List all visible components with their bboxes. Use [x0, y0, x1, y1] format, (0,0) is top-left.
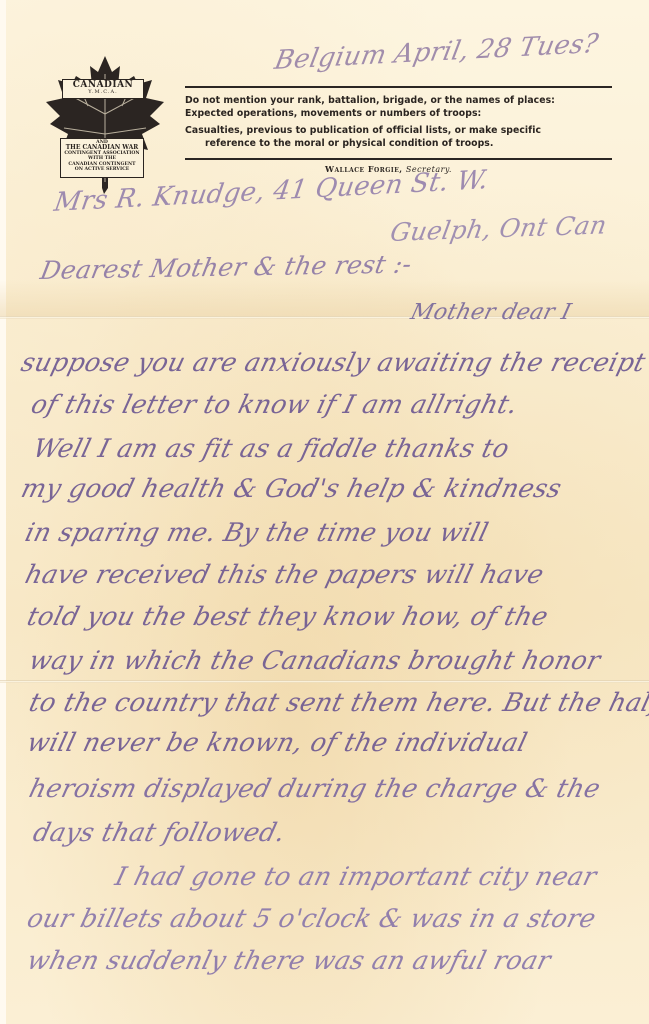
notice-line: reference to the moral or physical condi… [185, 137, 615, 150]
notice-line: Expected operations, movements or number… [185, 107, 615, 120]
body-line: my good health & God's help & kindness [18, 474, 565, 504]
censorship-notice: Do not mention your rank, battalion, bri… [185, 94, 615, 150]
emblem-subtitle: Y.M.C.A. [63, 90, 143, 95]
body-line: when suddenly there was an awful roar [24, 946, 554, 976]
body-line: in sparing me. By the time you will [22, 518, 491, 548]
header-rule-bottom [185, 158, 612, 160]
body-line: have received this the papers will have [22, 560, 547, 590]
letter-page: CANADIAN Y.M.C.A. AND THE CANADIAN WAR C… [0, 0, 649, 1024]
notice-line: Do not mention your rank, battalion, bri… [185, 94, 615, 107]
body-line: suppose you are anxiously awaiting the r… [18, 348, 649, 378]
body-line: I had gone to an important city near [112, 862, 600, 892]
body-line: way in which the Canadians brought honor [26, 646, 604, 676]
ymca-emblem: CANADIAN Y.M.C.A. AND THE CANADIAN WAR C… [42, 54, 168, 194]
fold-crease-lower [0, 680, 649, 683]
header-rule-top [185, 86, 612, 88]
body-line: told you the best they know how, of the [24, 602, 551, 632]
dateline: Belgium April, 28 Tues? [272, 29, 601, 76]
recipient-address-line2: Guelph, Ont Can [388, 210, 609, 247]
body-line: will never be known, of the individual [24, 728, 530, 758]
body-line: our billets about 5 o'clock & was in a s… [24, 904, 599, 934]
notice-line: Casualties, previous to publication of o… [185, 124, 615, 137]
emblem-line: ON ACTIVE SERVICE [61, 167, 143, 172]
body-line: Mother dear I [408, 300, 574, 325]
emblem-association-box: AND THE CANADIAN WAR CONTINGENT ASSOCIAT… [60, 138, 144, 178]
body-line: heroism displayed during the charge & th… [26, 774, 604, 804]
emblem-title-box: CANADIAN Y.M.C.A. [62, 79, 144, 99]
body-line: Well I am as fit as a fiddle thanks to [30, 434, 512, 464]
body-line: to the country that sent them here. But … [26, 688, 649, 718]
body-line: days that followed. [30, 818, 288, 848]
body-line: of this letter to know if I am allright. [28, 390, 521, 420]
